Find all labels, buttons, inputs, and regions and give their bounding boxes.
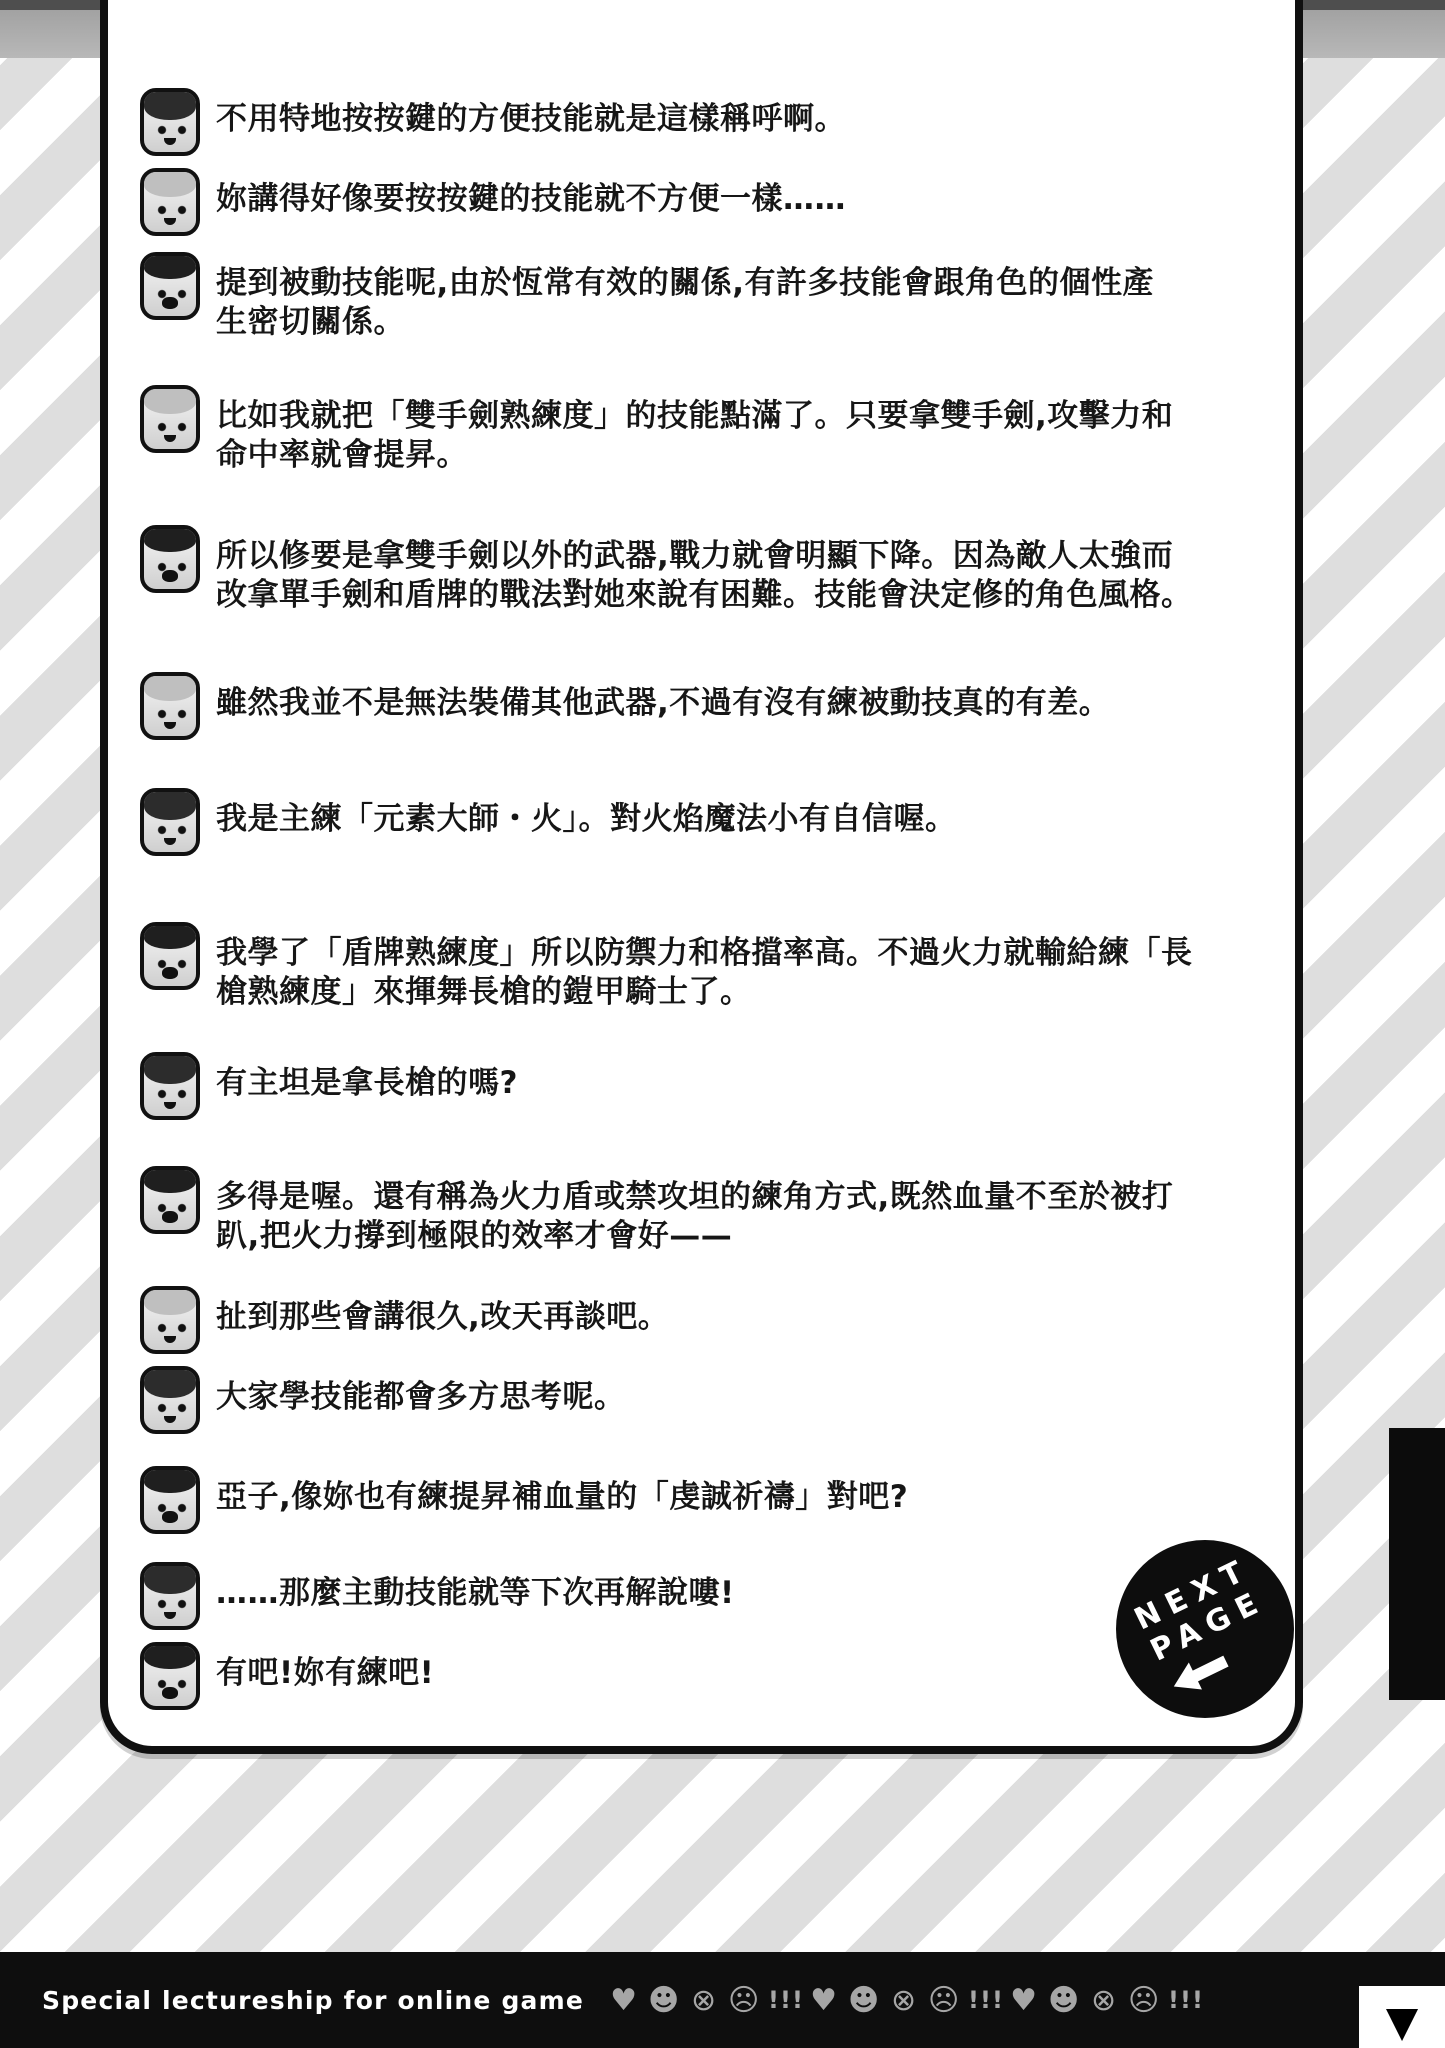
dialogue-row: 雖然我並不是無法裝備其他武器,不過有沒有練被動技真的有差。: [140, 672, 1270, 740]
dialogue-row: 提到被動技能呢,由於恆常有效的關係,有許多技能會跟角色的個性產 生密切關係。: [140, 252, 1270, 342]
footer-title: Special lectureship for online game: [42, 1986, 584, 2015]
dialogue-row: 我是主練「元素大師・火」。對火焰魔法小有自信喔。: [140, 788, 1270, 856]
heart-icon: ♥: [608, 1985, 639, 2016]
dialogue-row: 多得是喔。還有稱為火力盾或禁攻坦的練角方式,既然血量不至於被打 趴,把火力撐到極…: [140, 1166, 1270, 1256]
avatar-angry-dark-hair-boy-icon: [140, 1642, 200, 1710]
avatar-dark-hair-girl-icon: [140, 88, 200, 156]
dialogue-text: 雖然我並不是無法裝備其他武器,不過有沒有練被動技真的有差。: [216, 672, 1110, 723]
dialogue-row: ……那麼主動技能就等下次再解說嘍!: [140, 1562, 1270, 1630]
next-page-badge[interactable]: NEXT PAGE: [1116, 1540, 1294, 1718]
dialogue-text: 亞子,像妳也有練提昇補血量的「虔誠祈禱」對吧?: [216, 1466, 908, 1517]
dialogue-text: 多得是喔。還有稱為火力盾或禁攻坦的練角方式,既然血量不至於被打 趴,把火力撐到極…: [216, 1166, 1173, 1256]
dialogue-text: 我是主練「元素大師・火」。對火焰魔法小有自信喔。: [216, 788, 957, 839]
smiley-icon: ☻: [1048, 1985, 1079, 2016]
dialogue-row: 妳講得好像要按按鍵的技能就不方便一樣……: [140, 168, 1270, 236]
avatar-light-hair-boy-icon: [140, 1286, 200, 1354]
exclamation-icon: !!!: [968, 1985, 999, 2016]
dialogue-text: 我學了「盾牌熟練度」所以防禦力和格擋率高。不過火力就輸給練「長 槍熟練度」來揮舞…: [216, 922, 1193, 1012]
avatar-angry-dark-hair-boy-icon: [140, 1466, 200, 1534]
sad-face-icon: ☹: [928, 1985, 959, 2016]
dialogue-text: 扯到那些會講很久,改天再談吧。: [216, 1286, 669, 1337]
smiley-icon: ☻: [648, 1985, 679, 2016]
dialogue-row: 大家學技能都會多方思考呢。: [140, 1366, 1270, 1434]
dialogue-row: 有主坦是拿長槍的嗎?: [140, 1052, 1270, 1120]
dialogue-row: 有吧!妳有練吧!: [140, 1642, 1270, 1710]
avatar-dark-hair-girl-icon: [140, 788, 200, 856]
dialogue-text: 提到被動技能呢,由於恆常有效的關係,有許多技能會跟角色的個性產 生密切關係。: [216, 252, 1154, 342]
next-page-label: NEXT PAGE: [1121, 1551, 1289, 1708]
dialogue-text: 不用特地按按鍵的方便技能就是這樣稱呼啊。: [216, 88, 846, 139]
dialogue-row: 扯到那些會講很久,改天再談吧。: [140, 1286, 1270, 1354]
avatar-light-hair-boy-icon: [140, 385, 200, 453]
x-face-icon: ⊗: [1088, 1985, 1119, 2016]
dialogue-row: 所以修要是拿雙手劍以外的武器,戰力就會明顯下降。因為敵人太強而 改拿單手劍和盾牌…: [140, 525, 1270, 615]
heart-icon: ♥: [1008, 1985, 1039, 2016]
dialogue-row: 不用特地按按鍵的方便技能就是這樣稱呼啊。: [140, 88, 1270, 156]
avatar-angry-dark-hair-boy-icon: [140, 525, 200, 593]
dialogue-row: 亞子,像妳也有練提昇補血量的「虔誠祈禱」對吧?: [140, 1466, 1270, 1534]
dialogue-text: 所以修要是拿雙手劍以外的武器,戰力就會明顯下降。因為敵人太強而 改拿單手劍和盾牌…: [216, 525, 1193, 615]
dialogue-text: 妳講得好像要按按鍵的技能就不方便一樣……: [216, 168, 846, 219]
avatar-dark-hair-girl-icon: [140, 1562, 200, 1630]
sad-face-icon: ☹: [728, 1985, 759, 2016]
sad-face-icon: ☹: [1128, 1985, 1159, 2016]
dialogue-text: 有吧!妳有練吧!: [216, 1642, 434, 1693]
heart-icon: ♥: [808, 1985, 839, 2016]
dialogue-text: ……那麼主動技能就等下次再解說嘍!: [216, 1562, 735, 1613]
scroll-down-box[interactable]: ▼: [1359, 1986, 1445, 2048]
dialogue-row: 我學了「盾牌熟練度」所以防禦力和格擋率高。不過火力就輸給練「長 槍熟練度」來揮舞…: [140, 922, 1270, 1012]
avatar-light-hair-boy-icon: [140, 672, 200, 740]
dialogue-row: 比如我就把「雙手劍熟練度」的技能點滿了。只要拿雙手劍,攻擊力和 命中率就會提昇。: [140, 385, 1270, 475]
dialogue-text: 比如我就把「雙手劍熟練度」的技能點滿了。只要拿雙手劍,攻擊力和 命中率就會提昇。: [216, 385, 1173, 475]
footer-icon-strip: ♥ ☻ ⊗ ☹ !!! ♥ ☻ ⊗ ☹ !!! ♥ ☻ ⊗ ☹ !!!: [608, 1985, 1199, 2016]
avatar-angry-dark-hair-boy-icon: [140, 252, 200, 320]
dialogue-text: 有主坦是拿長槍的嗎?: [216, 1052, 518, 1103]
dialogue-text: 大家學技能都會多方思考呢。: [216, 1366, 626, 1417]
avatar-dark-hair-girl-icon: [140, 1366, 200, 1434]
x-face-icon: ⊗: [688, 1985, 719, 2016]
avatar-dark-hair-girl-icon: [140, 1052, 200, 1120]
avatar-angry-dark-hair-boy-icon: [140, 922, 200, 990]
x-face-icon: ⊗: [888, 1985, 919, 2016]
exclamation-icon: !!!: [768, 1985, 799, 2016]
chapter-tab[interactable]: [1389, 1428, 1445, 1700]
avatar-light-hair-boy-icon: [140, 168, 200, 236]
exclamation-icon: !!!: [1168, 1985, 1199, 2016]
avatar-angry-dark-hair-boy-icon: [140, 1166, 200, 1234]
down-triangle-icon: ▼: [1386, 1996, 1418, 2048]
footer-bar: Special lectureship for online game ♥ ☻ …: [0, 1952, 1445, 2048]
smiley-icon: ☻: [848, 1985, 879, 2016]
